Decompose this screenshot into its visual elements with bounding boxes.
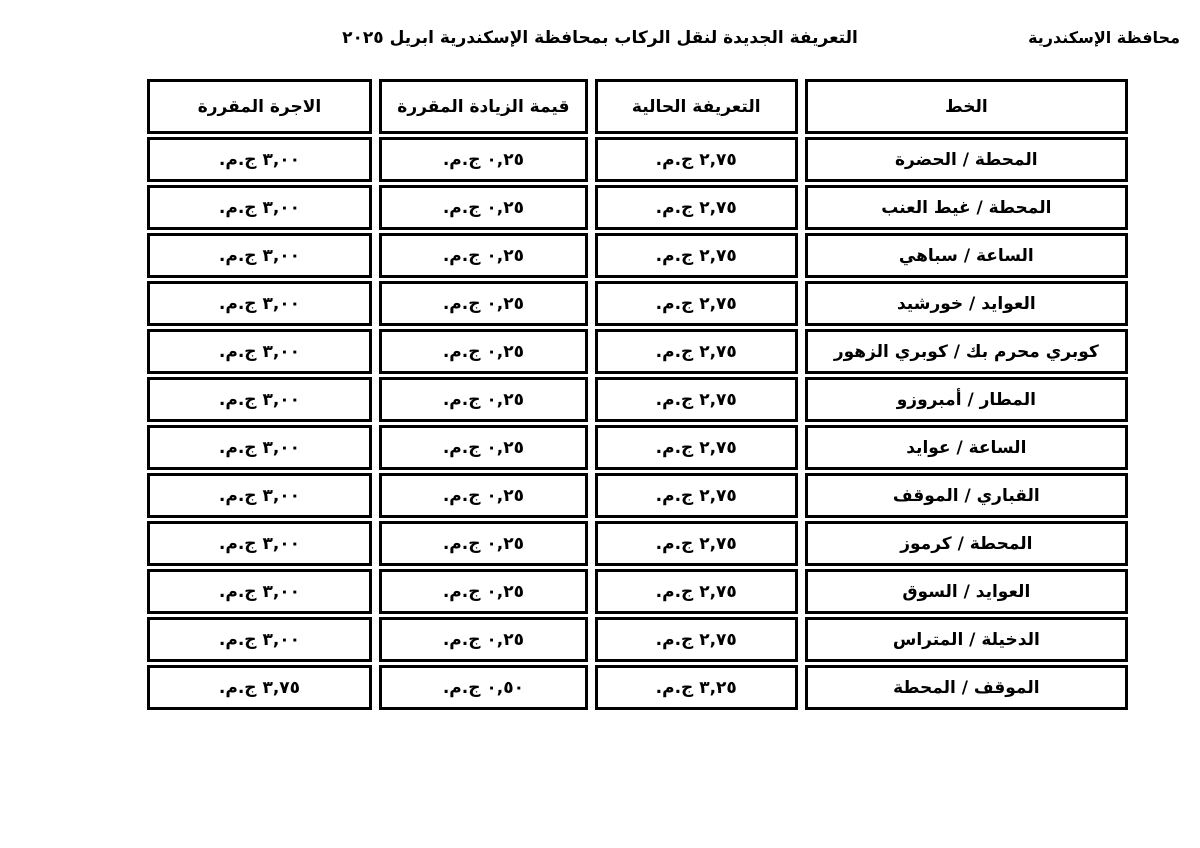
increase-value-cell: ٠,٢٥ ج.م. bbox=[379, 473, 588, 518]
fare-table: الخط التعريفة الحالية قيمة الزيادة المقر… bbox=[140, 76, 1135, 713]
approved-fare-cell: ٣,٧٥ ج.م. bbox=[147, 665, 372, 710]
table-body: المحطة / الحضرة ٢,٧٥ ج.م. ٠,٢٥ ج.م. ٣,٠٠… bbox=[147, 137, 1128, 710]
approved-fare-cell: ٣,٠٠ ج.م. bbox=[147, 569, 372, 614]
table-row: المحطة / الحضرة ٢,٧٥ ج.م. ٠,٢٥ ج.م. ٣,٠٠… bbox=[147, 137, 1128, 182]
document-page: محافظة الإسكندرية التعريفة الجديدة لنقل … bbox=[0, 0, 1200, 848]
line-cell: العوايد / خورشيد bbox=[805, 281, 1128, 326]
column-header-line: الخط bbox=[805, 79, 1128, 134]
table-header-row: الخط التعريفة الحالية قيمة الزيادة المقر… bbox=[147, 79, 1128, 134]
line-cell: الساعة / سباهي bbox=[805, 233, 1128, 278]
table-row: كوبري محرم بك / كوبري الزهور ٢,٧٥ ج.م. ٠… bbox=[147, 329, 1128, 374]
approved-fare-cell: ٣,٠٠ ج.م. bbox=[147, 281, 372, 326]
increase-value-cell: ٠,٢٥ ج.م. bbox=[379, 329, 588, 374]
increase-value-cell: ٠,٢٥ ج.م. bbox=[379, 281, 588, 326]
approved-fare-cell: ٣,٠٠ ج.م. bbox=[147, 329, 372, 374]
approved-fare-cell: ٣,٠٠ ج.م. bbox=[147, 377, 372, 422]
increase-value-cell: ٠,٢٥ ج.م. bbox=[379, 233, 588, 278]
page-header: محافظة الإسكندرية التعريفة الجديدة لنقل … bbox=[0, 0, 1200, 62]
current-tariff-cell: ٢,٧٥ ج.م. bbox=[595, 377, 798, 422]
line-cell: المحطة / الحضرة bbox=[805, 137, 1128, 182]
current-tariff-cell: ٢,٧٥ ج.م. bbox=[595, 425, 798, 470]
current-tariff-cell: ٢,٧٥ ج.م. bbox=[595, 233, 798, 278]
increase-value-cell: ٠,٢٥ ج.م. bbox=[379, 425, 588, 470]
table-row: الساعة / سباهي ٢,٧٥ ج.م. ٠,٢٥ ج.م. ٣,٠٠ … bbox=[147, 233, 1128, 278]
column-header-increase-value: قيمة الزيادة المقررة bbox=[379, 79, 588, 134]
current-tariff-cell: ٢,٧٥ ج.م. bbox=[595, 281, 798, 326]
increase-value-cell: ٠,٢٥ ج.م. bbox=[379, 569, 588, 614]
line-cell: المطار / أمبروزو bbox=[805, 377, 1128, 422]
current-tariff-cell: ٢,٧٥ ج.م. bbox=[595, 329, 798, 374]
approved-fare-cell: ٣,٠٠ ج.م. bbox=[147, 473, 372, 518]
current-tariff-cell: ٢,٧٥ ج.م. bbox=[595, 473, 798, 518]
line-cell: المحطة / غيط العنب bbox=[805, 185, 1128, 230]
column-header-current-tariff: التعريفة الحالية bbox=[595, 79, 798, 134]
line-cell: الموقف / المحطة bbox=[805, 665, 1128, 710]
document-title: التعريفة الجديدة لنقل الركاب بمحافظة الإ… bbox=[0, 28, 1200, 48]
current-tariff-cell: ٢,٧٥ ج.م. bbox=[595, 569, 798, 614]
approved-fare-cell: ٣,٠٠ ج.م. bbox=[147, 425, 372, 470]
approved-fare-cell: ٣,٠٠ ج.م. bbox=[147, 137, 372, 182]
table-row: الموقف / المحطة ٣,٢٥ ج.م. ٠,٥٠ ج.م. ٣,٧٥… bbox=[147, 665, 1128, 710]
current-tariff-cell: ٢,٧٥ ج.م. bbox=[595, 137, 798, 182]
increase-value-cell: ٠,٢٥ ج.م. bbox=[379, 137, 588, 182]
table-row: الدخيلة / المتراس ٢,٧٥ ج.م. ٠,٢٥ ج.م. ٣,… bbox=[147, 617, 1128, 662]
governorate-label: محافظة الإسكندرية bbox=[1028, 28, 1180, 47]
line-cell: الدخيلة / المتراس bbox=[805, 617, 1128, 662]
table-row: الساعة / عوايد ٢,٧٥ ج.م. ٠,٢٥ ج.م. ٣,٠٠ … bbox=[147, 425, 1128, 470]
increase-value-cell: ٠,٢٥ ج.م. bbox=[379, 521, 588, 566]
increase-value-cell: ٠,٢٥ ج.م. bbox=[379, 185, 588, 230]
increase-value-cell: ٠,٢٥ ج.م. bbox=[379, 617, 588, 662]
approved-fare-cell: ٣,٠٠ ج.م. bbox=[147, 233, 372, 278]
table-row: العوايد / خورشيد ٢,٧٥ ج.م. ٠,٢٥ ج.م. ٣,٠… bbox=[147, 281, 1128, 326]
line-cell: الساعة / عوايد bbox=[805, 425, 1128, 470]
approved-fare-cell: ٣,٠٠ ج.م. bbox=[147, 617, 372, 662]
column-header-approved-fare: الاجرة المقررة bbox=[147, 79, 372, 134]
table-row: المحطة / كرموز ٢,٧٥ ج.م. ٠,٢٥ ج.م. ٣,٠٠ … bbox=[147, 521, 1128, 566]
table-row: العوايد / السوق ٢,٧٥ ج.م. ٠,٢٥ ج.م. ٣,٠٠… bbox=[147, 569, 1128, 614]
approved-fare-cell: ٣,٠٠ ج.م. bbox=[147, 521, 372, 566]
line-cell: كوبري محرم بك / كوبري الزهور bbox=[805, 329, 1128, 374]
table-row: المطار / أمبروزو ٢,٧٥ ج.م. ٠,٢٥ ج.م. ٣,٠… bbox=[147, 377, 1128, 422]
line-cell: العوايد / السوق bbox=[805, 569, 1128, 614]
current-tariff-cell: ٢,٧٥ ج.م. bbox=[595, 521, 798, 566]
increase-value-cell: ٠,٢٥ ج.م. bbox=[379, 377, 588, 422]
current-tariff-cell: ٢,٧٥ ج.م. bbox=[595, 617, 798, 662]
line-cell: المحطة / كرموز bbox=[805, 521, 1128, 566]
line-cell: القباري / الموقف bbox=[805, 473, 1128, 518]
current-tariff-cell: ٣,٢٥ ج.م. bbox=[595, 665, 798, 710]
table-row: المحطة / غيط العنب ٢,٧٥ ج.م. ٠,٢٥ ج.م. ٣… bbox=[147, 185, 1128, 230]
table-row: القباري / الموقف ٢,٧٥ ج.م. ٠,٢٥ ج.م. ٣,٠… bbox=[147, 473, 1128, 518]
increase-value-cell: ٠,٥٠ ج.م. bbox=[379, 665, 588, 710]
current-tariff-cell: ٢,٧٥ ج.م. bbox=[595, 185, 798, 230]
approved-fare-cell: ٣,٠٠ ج.م. bbox=[147, 185, 372, 230]
